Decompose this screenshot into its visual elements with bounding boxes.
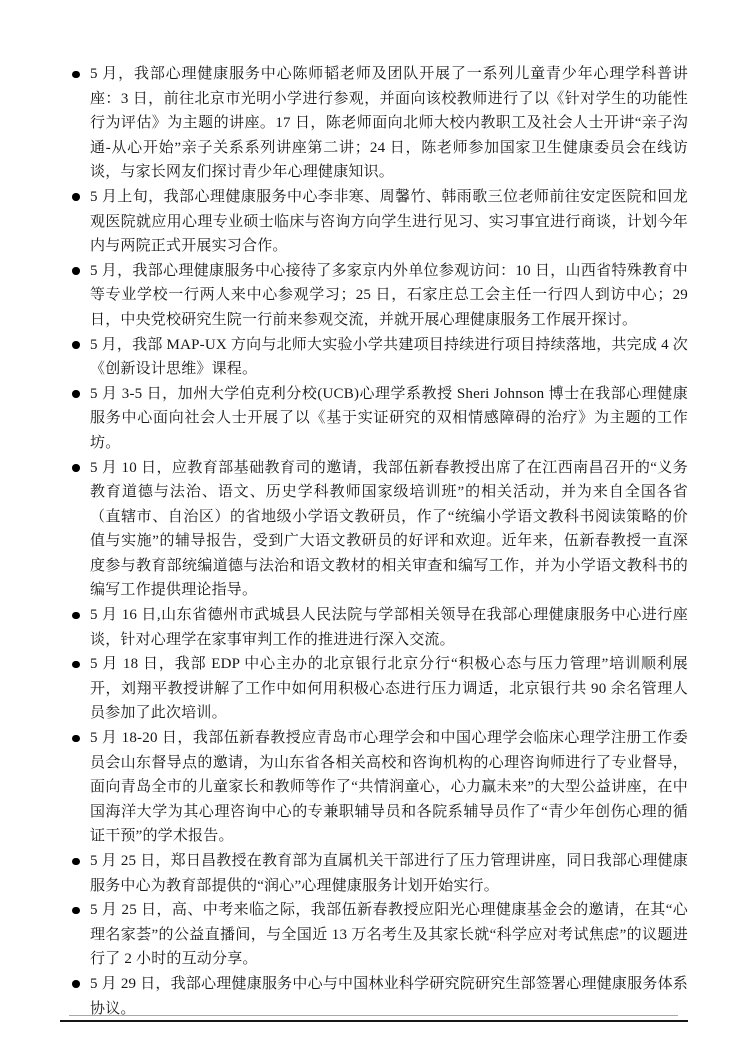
document-page: 5 月，我部心理健康服务中心陈师韬老师及团队开展了一系列儿童青少年心理学科普讲座… (0, 0, 750, 1060)
list-item: 5 月 10 日，应教育部基础教育司的邀请，我部伍新春教授出席了在江西南昌召开的… (90, 456, 688, 604)
bullet-text: 5 月上旬，我部心理健康服务中心李非寒、周馨竹、韩雨歌三位老师前往安定医院和回龙… (90, 189, 688, 254)
bullet-icon (72, 980, 80, 988)
bullet-icon (72, 907, 80, 915)
bullet-icon (72, 464, 80, 472)
bullet-text: 5 月，我部心理健康服务中心陈师韬老师及团队开展了一系列儿童青少年心理学科普讲座… (90, 66, 688, 180)
list-item: 5 月 18-20 日，我部伍新春教授应青岛市心理学会和中国心理学会临床心理学注… (90, 726, 688, 849)
bullet-text: 5 月 29 日，我部心理健康服务中心与中国林业科学研究院研究生部签署心理健康服… (90, 976, 688, 1017)
document-body: 5 月，我部心理健康服务中心陈师韬老师及团队开展了一系列儿童青少年心理学科普讲座… (90, 62, 688, 1021)
footer-rule-thin (69, 1015, 678, 1016)
bullet-text: 5 月 25 日，郑日昌教授在教育部为直属机关干部进行了压力管理讲座，同日我部心… (90, 853, 688, 894)
bullet-text: 5 月 16 日,山东省德州市武城县人民法院与学部相关领导在我部心理健康服务中心… (90, 607, 688, 648)
footer-rule-thick (60, 1020, 688, 1022)
bullet-text: 5 月 25 日，高、中考来临之际，我部伍新春教授应阳光心理健康基金会的邀请，在… (90, 902, 688, 967)
bullet-icon (72, 341, 80, 349)
list-item: 5 月 3-5 日，加州大学伯克利分校(UCB)心理学系教授 Sheri Joh… (90, 382, 688, 456)
bullet-text: 5 月 18-20 日，我部伍新春教授应青岛市心理学会和中国心理学会临床心理学注… (90, 730, 688, 844)
bullet-icon (72, 661, 80, 669)
bullet-icon (72, 193, 80, 201)
bullet-text: 5 月 10 日，应教育部基础教育司的邀请，我部伍新春教授出席了在江西南昌召开的… (90, 460, 688, 599)
bullet-icon (72, 71, 80, 79)
bullet-text: 5 月 3-5 日，加州大学伯克利分校(UCB)心理学系教授 Sheri Joh… (90, 386, 688, 451)
footer-separator (60, 1015, 688, 1022)
list-item: 5 月 16 日,山东省德州市武城县人民法院与学部相关领导在我部心理健康服务中心… (90, 603, 688, 652)
bullet-icon (72, 612, 80, 620)
bullet-text: 5 月 18 日，我部 EDP 中心主办的北京银行北京分行“积极心态与压力管理”… (90, 656, 688, 721)
bullet-icon (72, 858, 80, 866)
bullet-icon (72, 735, 80, 743)
bullet-icon (72, 390, 80, 398)
list-item: 5 月 29 日，我部心理健康服务中心与中国林业科学研究院研究生部签署心理健康服… (90, 972, 688, 1021)
list-item: 5 月，我部心理健康服务中心接待了多家京内外单位参观访问：10 日，山西省特殊教… (90, 259, 688, 333)
list-item: 5 月，我部 MAP-UX 方向与北师大实验小学共建项目持续进行项目持续落地，共… (90, 333, 688, 382)
bullet-text: 5 月，我部 MAP-UX 方向与北师大实验小学共建项目持续进行项目持续落地，共… (90, 337, 688, 378)
list-item: 5 月上旬，我部心理健康服务中心李非寒、周馨竹、韩雨歌三位老师前往安定医院和回龙… (90, 185, 688, 259)
list-item: 5 月 18 日，我部 EDP 中心主办的北京银行北京分行“积极心态与压力管理”… (90, 652, 688, 726)
bullet-list: 5 月，我部心理健康服务中心陈师韬老师及团队开展了一系列儿童青少年心理学科普讲座… (90, 62, 688, 1021)
list-item: 5 月，我部心理健康服务中心陈师韬老师及团队开展了一系列儿童青少年心理学科普讲座… (90, 62, 688, 185)
bullet-text: 5 月，我部心理健康服务中心接待了多家京内外单位参观访问：10 日，山西省特殊教… (90, 263, 688, 328)
bullet-icon (72, 267, 80, 275)
list-item: 5 月 25 日，高、中考来临之际，我部伍新春教授应阳光心理健康基金会的邀请，在… (90, 898, 688, 972)
list-item: 5 月 25 日，郑日昌教授在教育部为直属机关干部进行了压力管理讲座，同日我部心… (90, 849, 688, 898)
